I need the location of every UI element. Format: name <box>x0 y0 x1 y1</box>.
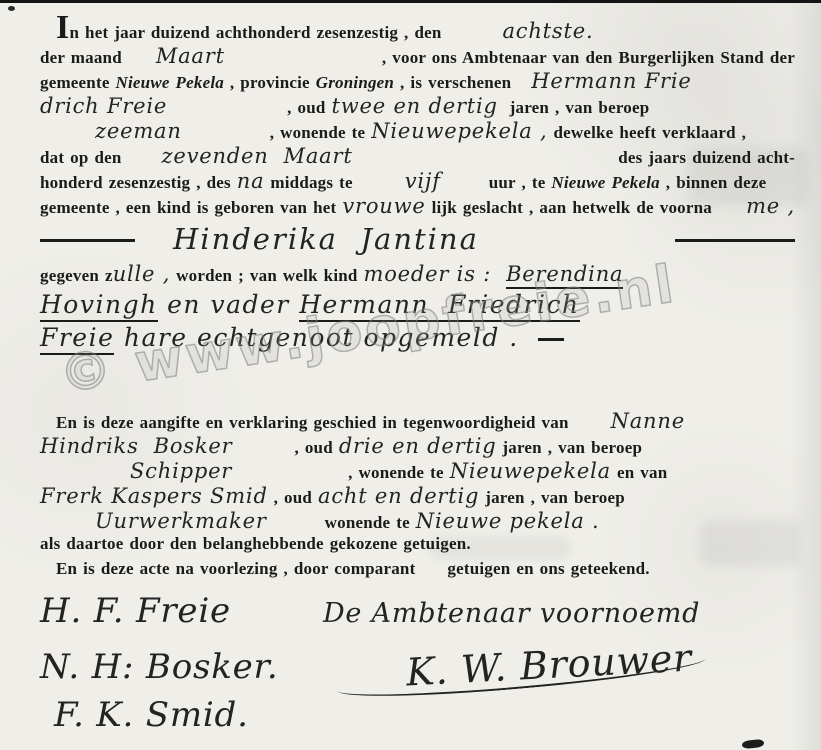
printed-text: Nieuwe Pekela <box>551 173 659 193</box>
printed-text: En is deze acte na voorlezing , door com… <box>56 559 421 579</box>
declarant-occupation-line: zeeman, wonende te Nieuwepekela , dewelk… <box>40 119 795 143</box>
handwritten-text: Nieuwepekela , <box>371 119 547 143</box>
scan-dot-artifact <box>8 6 15 11</box>
printed-text: en van <box>611 463 667 483</box>
printed-text: n het jaar duizend achthonderd zesenzest… <box>69 23 447 43</box>
birth-date-line: dat op den zevenden Maartdes jaars duize… <box>40 144 795 168</box>
child-name-line: Hinderika Jantina <box>40 222 795 258</box>
printed-text: des jaars duizend acht- <box>618 148 795 168</box>
witness2-occupation-line: Uurwerkmakerwonende te Nieuwe pekela . <box>40 509 795 533</box>
declarant-age-line: drich Freie, oud twee en dertig jaren , … <box>40 94 795 118</box>
printed-text: jaren , van beroep <box>498 98 650 118</box>
printed-text: gemeente , een kind is geboren van het <box>40 198 342 218</box>
printed-text: dat op den <box>40 148 127 168</box>
printed-text: , oud <box>268 488 318 508</box>
printed-text: , voor ons Ambtenaar van den Burgerlijke… <box>382 48 795 68</box>
printed-text: , oud <box>294 438 338 458</box>
handwritten-text: vijf <box>405 169 441 193</box>
witness1-line: Hindriks Bosker, oud drie en dertig jare… <box>40 434 795 458</box>
witnesses-chosen-line: als daartoe door den belanghebbende geko… <box>40 534 795 558</box>
handwritten-text: me , <box>746 194 795 218</box>
printed-text: , wonende te <box>348 463 450 483</box>
certificate-page: In het jaar duizend achthonderd zesenzes… <box>0 0 821 750</box>
printed-text: gegeven z <box>40 266 113 286</box>
act-body-section: In het jaar duizend achthonderd zesenzes… <box>40 18 795 355</box>
printed-text: wonende te <box>325 513 416 533</box>
printed-text: uur , te <box>483 173 552 193</box>
printed-text: dewelke heeft verklaard , <box>548 123 747 143</box>
handwritten-text: zevenden Maart <box>161 144 352 168</box>
dash-rule <box>538 338 564 341</box>
handwritten-text: F. K. Smid. <box>54 695 249 735</box>
handwritten-text: Berendina <box>506 262 623 289</box>
printed-text: als daartoe door den belanghebbende geko… <box>40 534 471 554</box>
printed-text: En is deze aangifte en verklaring geschi… <box>56 413 575 433</box>
handwritten-text: drich Freie <box>40 94 167 118</box>
witnesses-intro-line: En is deze aangifte en verklaring geschi… <box>40 409 795 433</box>
witness2-line: Frerk Kaspers Smid , oud acht en dertig … <box>40 484 795 508</box>
handwritten-text: hare echtgenoot opgemeld . <box>114 323 537 352</box>
printed-text: gemeente <box>40 73 116 93</box>
printed-text: Nieuwe Pekela <box>116 73 224 93</box>
handwritten-text: Freie <box>40 323 114 355</box>
printed-text: , oud <box>287 98 331 118</box>
printed-text: , provincie <box>224 73 316 93</box>
handwritten-text: Uurwerkmaker <box>95 509 267 533</box>
handwritten-text: Maart <box>156 44 225 68</box>
handwritten-text: drie en dertig <box>339 434 497 458</box>
mother-line: gegeven zulle , worden ; van welk kind m… <box>40 262 795 289</box>
witness1-occupation-line: Schipper, wonende te Nieuwepekela en van <box>40 459 795 483</box>
act-signature-section: H. F. FreieDe Ambtenaar voornoemdN. H: B… <box>40 591 795 739</box>
signature-row-1: H. F. FreieDe Ambtenaar voornoemd <box>40 591 795 635</box>
year-and-day-line: In het jaar duizend achthonderd zesenzes… <box>40 18 795 43</box>
printed-text: lijk geslacht , aan hetwelk de voorna <box>426 198 712 218</box>
printed-text: honderd zesenzestig , des <box>40 173 237 193</box>
handwritten-text: vrouwe <box>342 194 425 218</box>
printed-text: getuigen en ons geteekend. <box>447 559 649 579</box>
printed-text: jaren , van beroep <box>496 438 642 458</box>
handwritten-text: ulle , <box>113 262 171 286</box>
month-line: der maand Maart, voor ons Ambtenaar van … <box>40 44 795 68</box>
handwritten-text: Nieuwepekela <box>450 459 611 483</box>
handwritten-text: K. W. Brouwer <box>406 636 694 695</box>
printed-text: middags te <box>264 173 358 193</box>
closing-line: En is deze acte na voorlezing , door com… <box>40 559 795 583</box>
dash-rule <box>675 239 795 242</box>
parents-line: Hovingh en vader Hermann Friedrich <box>40 290 795 322</box>
handwritten-text: twee en dertig <box>332 94 498 118</box>
handwritten-text: Hindriks Bosker <box>40 434 232 458</box>
handwritten-text: Hovingh <box>40 290 158 322</box>
handwritten-text: De Ambtenaar voornoemd <box>323 598 700 629</box>
signature-row-3: F. K. Smid. <box>40 695 795 739</box>
printed-text: , wonende te <box>270 123 372 143</box>
printed-text: jaren , van beroep <box>479 488 625 508</box>
handwritten-text: Nieuwe pekela . <box>416 509 600 533</box>
handwritten-text: Nanne <box>611 409 685 433</box>
handwritten-text: na <box>237 169 265 193</box>
printed-text: worden ; van welk kind <box>170 266 363 286</box>
handwritten-text: Hinderika Jantina <box>173 222 479 256</box>
handwritten-text: achtste. <box>502 19 593 43</box>
municipality-line: gemeente Nieuwe Pekela , provincie Groni… <box>40 69 795 93</box>
handwritten-text: Schipper <box>130 459 232 483</box>
handwritten-text: acht en dertig <box>318 484 479 508</box>
printed-text: , binnen deze <box>660 173 766 193</box>
handwritten-text: N. H: Bosker. <box>40 647 278 687</box>
handwritten-text: zeeman <box>95 119 182 143</box>
printed-text: I <box>56 18 69 38</box>
scan-edge-artifact <box>0 0 821 3</box>
handwritten-text: Hermann Friedrich <box>299 290 579 322</box>
signature-row-2: N. H: Bosker.K. W. Brouwer <box>40 643 795 687</box>
dash-rule <box>40 239 135 242</box>
printed-text: der maand <box>40 48 128 68</box>
handwritten-text: H. F. Freie <box>40 591 231 631</box>
handwritten-text: en vader <box>158 290 300 319</box>
handwritten-text: moeder is : <box>364 262 507 286</box>
child-gender-line: gemeente , een kind is geboren van het v… <box>40 194 795 218</box>
handwritten-text: Hermann Frie <box>531 69 691 93</box>
act-witness-section: En is deze aangifte en verklaring geschi… <box>40 409 795 583</box>
printed-text: Groningen <box>316 73 394 93</box>
birth-time-line: honderd zesenzestig , des na middags te … <box>40 169 795 193</box>
scanned-birth-certificate: { "watermark": { "text": "© www.joopfrei… <box>0 0 821 750</box>
father-spouse-line: Freie hare echtgenoot opgemeld . <box>40 323 795 355</box>
handwritten-text: Frerk Kaspers Smid <box>40 484 268 508</box>
printed-text: , is verschenen <box>394 73 517 93</box>
